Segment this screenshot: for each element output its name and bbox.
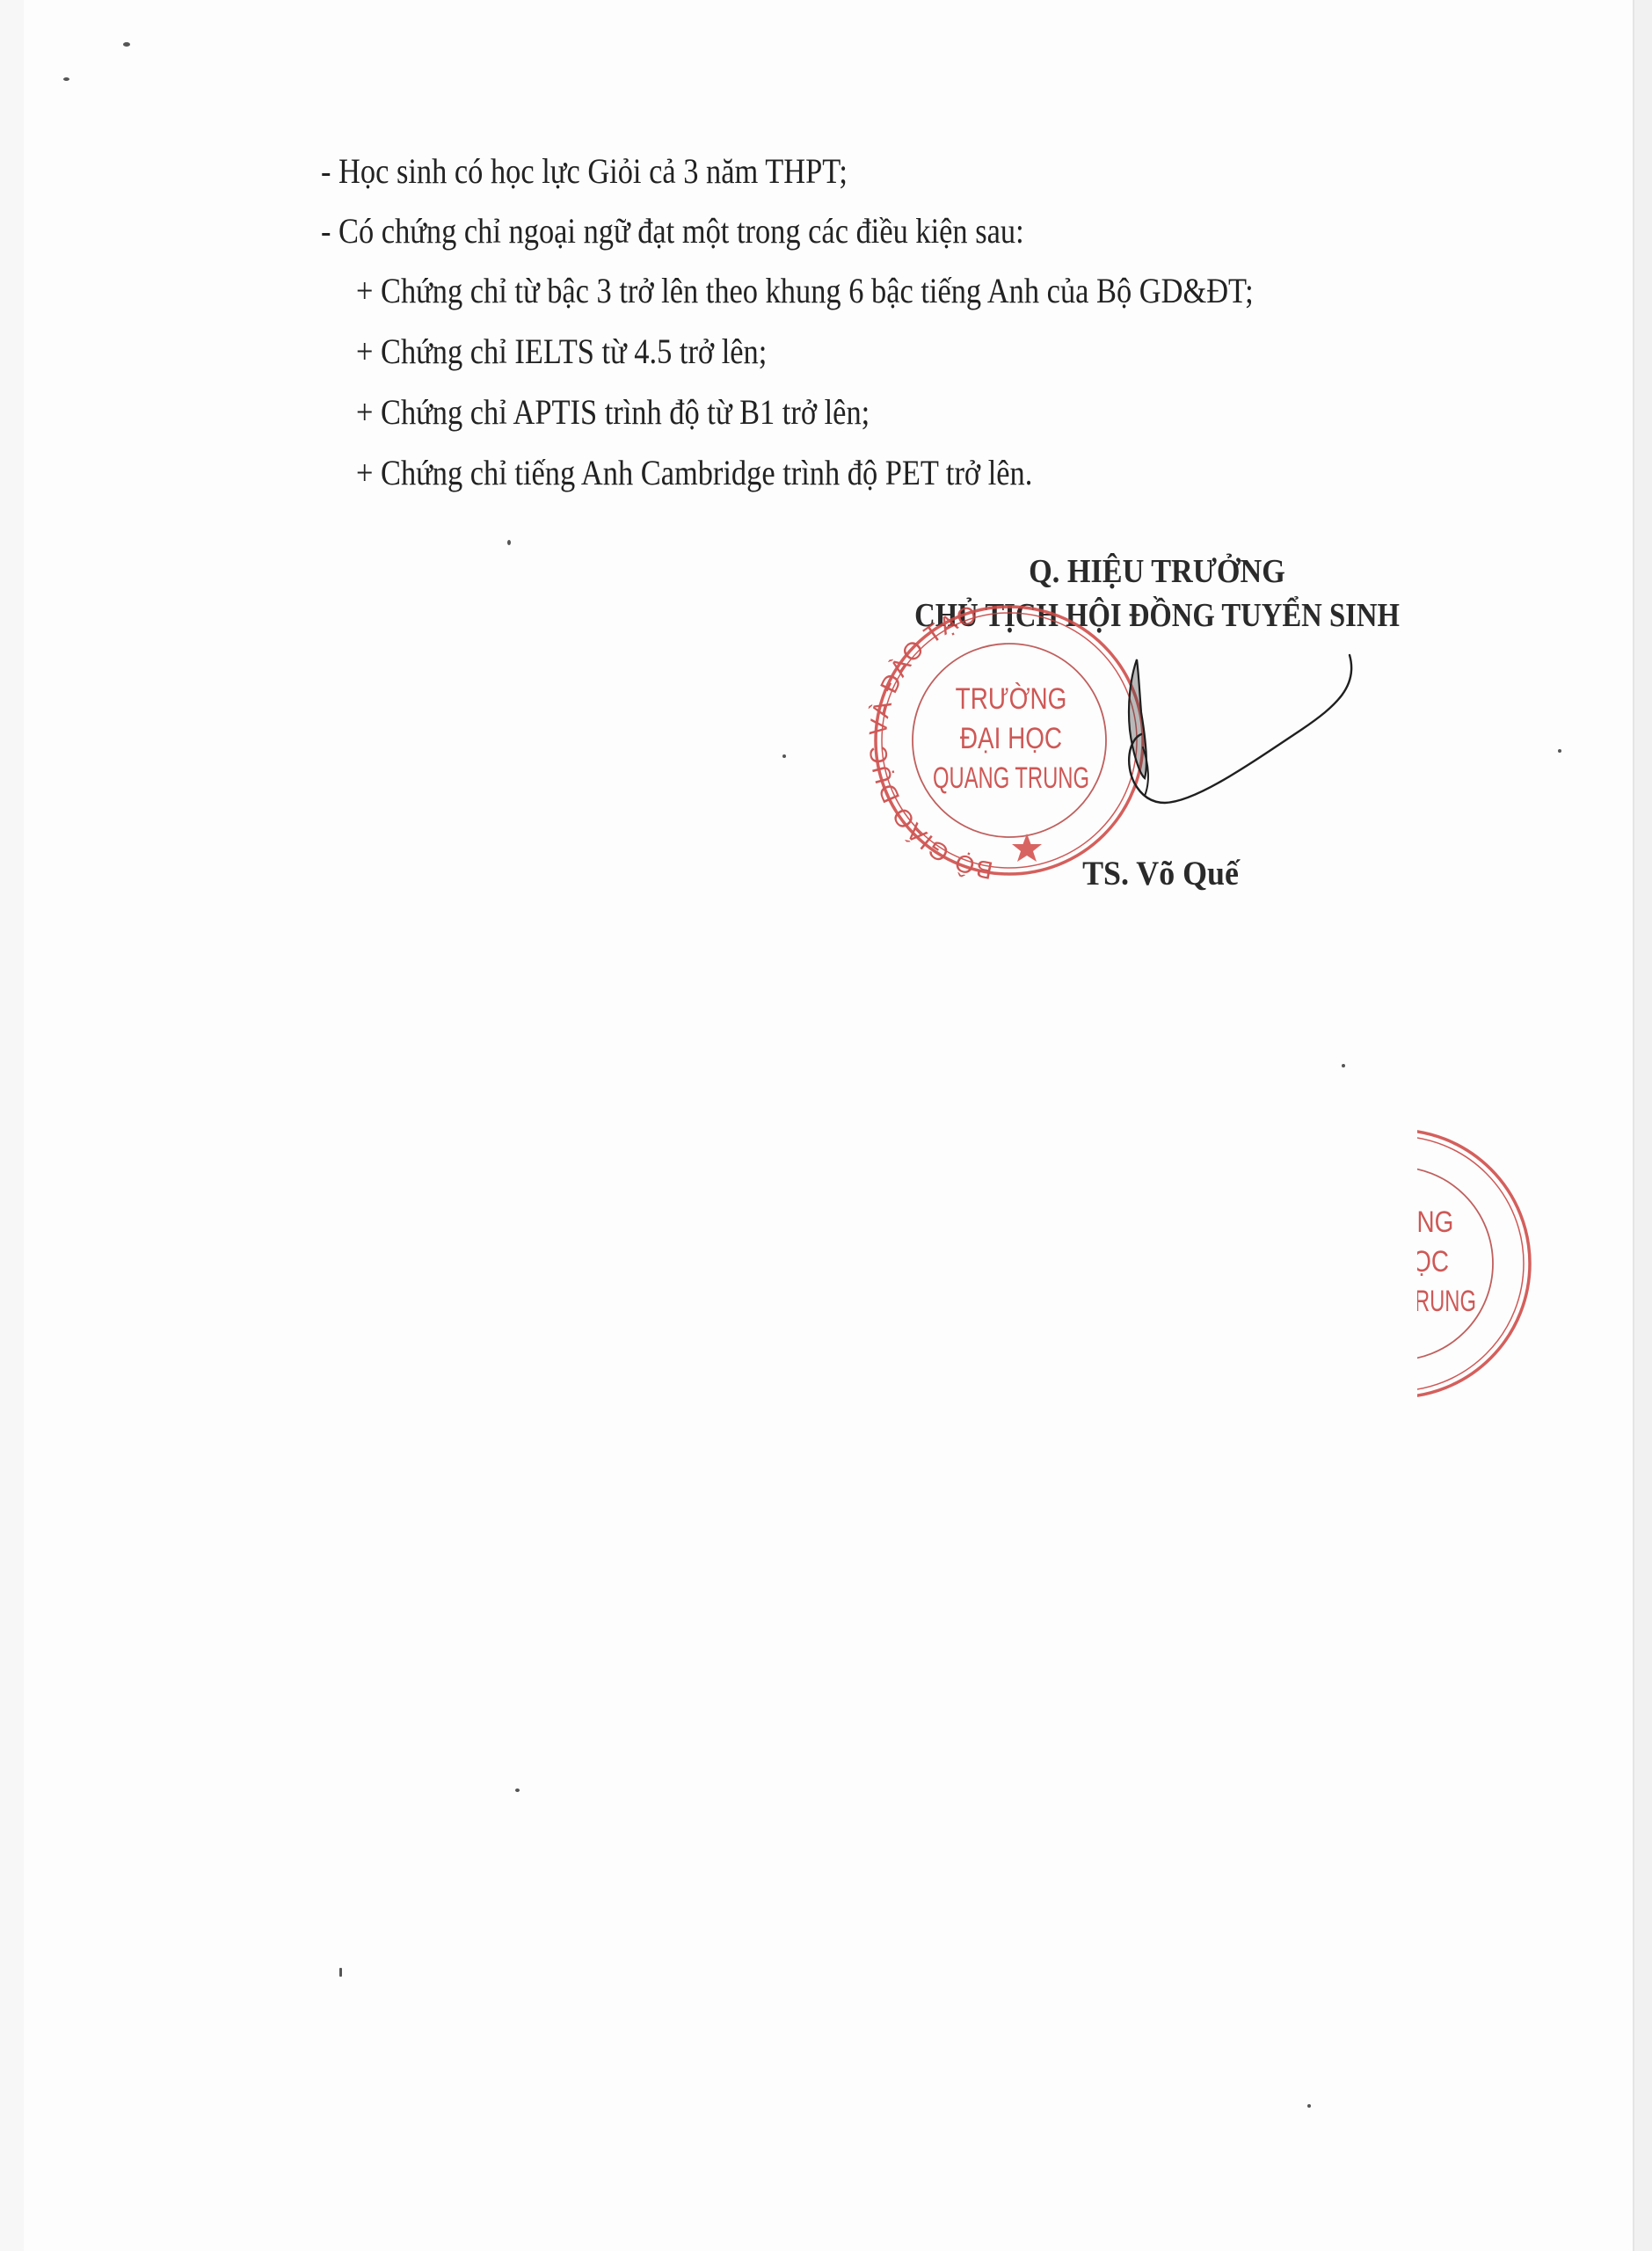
star-icon [1012,834,1042,862]
handwritten-signature [1129,655,1351,803]
svg-text:TRƯỜNG: TRƯỜNG [1343,1205,1454,1238]
svg-text:BỘ GIÁO DỤC VÀ ĐÀO TẠO: BỘ GIÁO DỤC VÀ ĐÀO TẠO [1251,1123,1382,1408]
scanned-page: - Học sinh có học lực Giỏi cả 3 năm THPT… [0,0,1652,2251]
stamp-center-line-1: TRƯỜNG [956,681,1067,715]
signer-name: TS. Võ Quế [1039,856,1282,891]
stamp-and-signature-layer: BỘ GIÁO DỤC VÀ ĐÀO TẠO TRƯỜNG ĐẠI HỌC QU… [0,0,1652,2251]
svg-text:QUANG TRUNG: QUANG TRUNG [1320,1285,1476,1318]
svg-text:ĐẠI HỌC: ĐẠI HỌC [1347,1244,1449,1278]
partial-stamp: BỘ GIÁO DỤC VÀ ĐÀO TẠO TRƯỜNG ĐẠI HỌC QU… [1251,1123,1530,1408]
official-stamp: BỘ GIÁO DỤC VÀ ĐÀO TẠO TRƯỜNG ĐẠI HỌC QU… [864,600,1143,885]
stamp-center-line-3: QUANG TRUNG [933,761,1089,795]
stamp-center-line-2: ĐẠI HỌC [960,721,1062,754]
